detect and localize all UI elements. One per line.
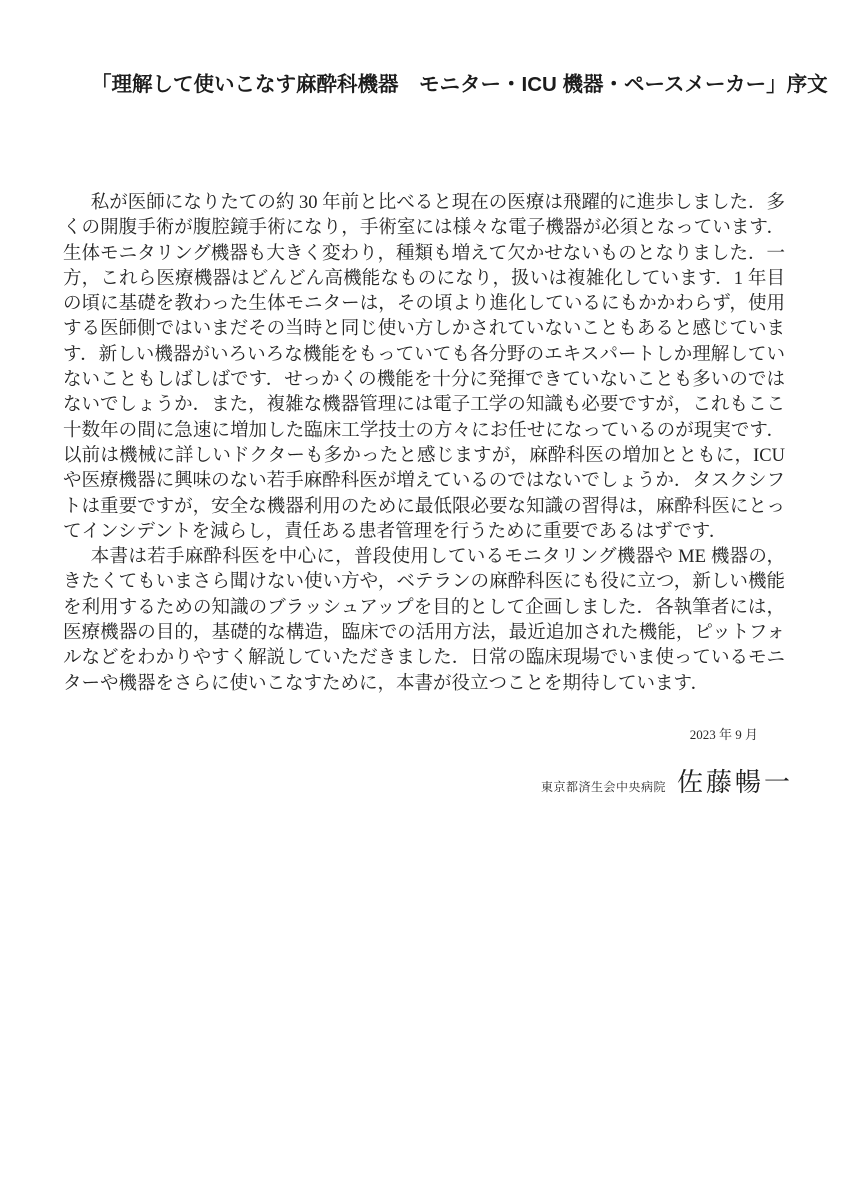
date-line: 2023 年 9 月 xyxy=(690,726,758,744)
text-line: ルなどをわかりやすく解説していただきました．日常の臨床現場でいま使っているモニ xyxy=(63,646,785,671)
text-line: 私が医師になりたての約 30 年前と比べると現在の医療は飛躍的に進歩しました．多 xyxy=(63,191,785,216)
text-line: ないこともしばしばです．せっかくの機能を十分に発揮できていないことも多いのでは xyxy=(63,368,785,393)
text-line: くの開腹手術が腹腔鏡手術になり，手術室には様々な電子機器が必須となっています． xyxy=(63,216,785,241)
text-line: を利用するための知識のブラッシュアップを目的として企画しました．各執筆者には， xyxy=(63,596,785,621)
page-title: 「理解して使いこなす麻酔科機器 モニター・ICU 機器・ペースメーカー」序文 xyxy=(91,71,791,99)
text-line: する医師側ではいまだその当時と同じ使い方しかされていないこともあると感じていま xyxy=(63,317,785,342)
paragraph-1: 私が医師になりたての約 30 年前と比べると現在の医療は飛躍的に進歩しました．多… xyxy=(63,191,785,545)
text-line: きたくてもいまさら聞けない使い方や，ベテランの麻酔科医にも役に立つ，新しい機能 xyxy=(63,570,785,595)
text-line: 十数年の間に急速に増加した臨床工学技士の方々にお任せになっているのが現実です． xyxy=(63,419,785,444)
author-affiliation: 東京都済生会中央病院 xyxy=(541,778,666,795)
text-line: 医療機器の目的，基礎的な構造，臨床での活用方法，最近追加された機能，ピットフォー xyxy=(63,621,785,646)
text-line: ないでしょうか．また，複雑な機器管理には電子工学の知識も必要ですが，これもここ xyxy=(63,393,785,418)
text-line: 以前は機械に詳しいドクターも多かったと感じますが，麻酔科医の増加とともに，ICU xyxy=(63,444,785,469)
preface-body: 私が医師になりたての約 30 年前と比べると現在の医療は飛躍的に進歩しました．多… xyxy=(63,191,785,697)
text-line: や医療機器に興味のない若手麻酔科医が増えているのではないでしょうか．タスクシフ xyxy=(63,469,785,494)
author-name: 佐藤暢一 xyxy=(677,762,793,799)
signature-block: 東京都済生会中央病院 佐藤暢一 xyxy=(541,762,793,799)
text-line: てインシデントを減らし，責任ある患者管理を行うために重要であるはずです． xyxy=(63,520,785,545)
text-line: 本書は若手麻酔科医を中心に，普段使用しているモニタリング機器や ME 機器の，聞 xyxy=(63,545,785,570)
text-line: ターや機器をさらに使いこなすために，本書が役立つことを期待しています． xyxy=(63,672,785,697)
text-line: トは重要ですが，安全な機器利用のために最低限必要な知識の習得は，麻酔科医にとっ xyxy=(63,495,785,520)
text-line: す．新しい機器がいろいろな機能をもっていても各分野のエキスパートしか理解してい xyxy=(63,343,785,368)
text-line: の頃に基礎を教わった生体モニターは，その頃より進化しているにもかかわらず，使用 xyxy=(63,292,785,317)
document-page: 「理解して使いこなす麻酔科機器 モニター・ICU 機器・ペースメーカー」序文 私… xyxy=(0,0,850,1200)
text-line: 生体モニタリング機器も大きく変わり，種類も増えて欠かせないものとなりました．一 xyxy=(63,242,785,267)
paragraph-2: 本書は若手麻酔科医を中心に，普段使用しているモニタリング機器や ME 機器の，聞… xyxy=(63,545,785,697)
text-line: 方，これら医療機器はどんどん高機能なものになり，扱いは複雑化しています．1 年目 xyxy=(63,267,785,292)
